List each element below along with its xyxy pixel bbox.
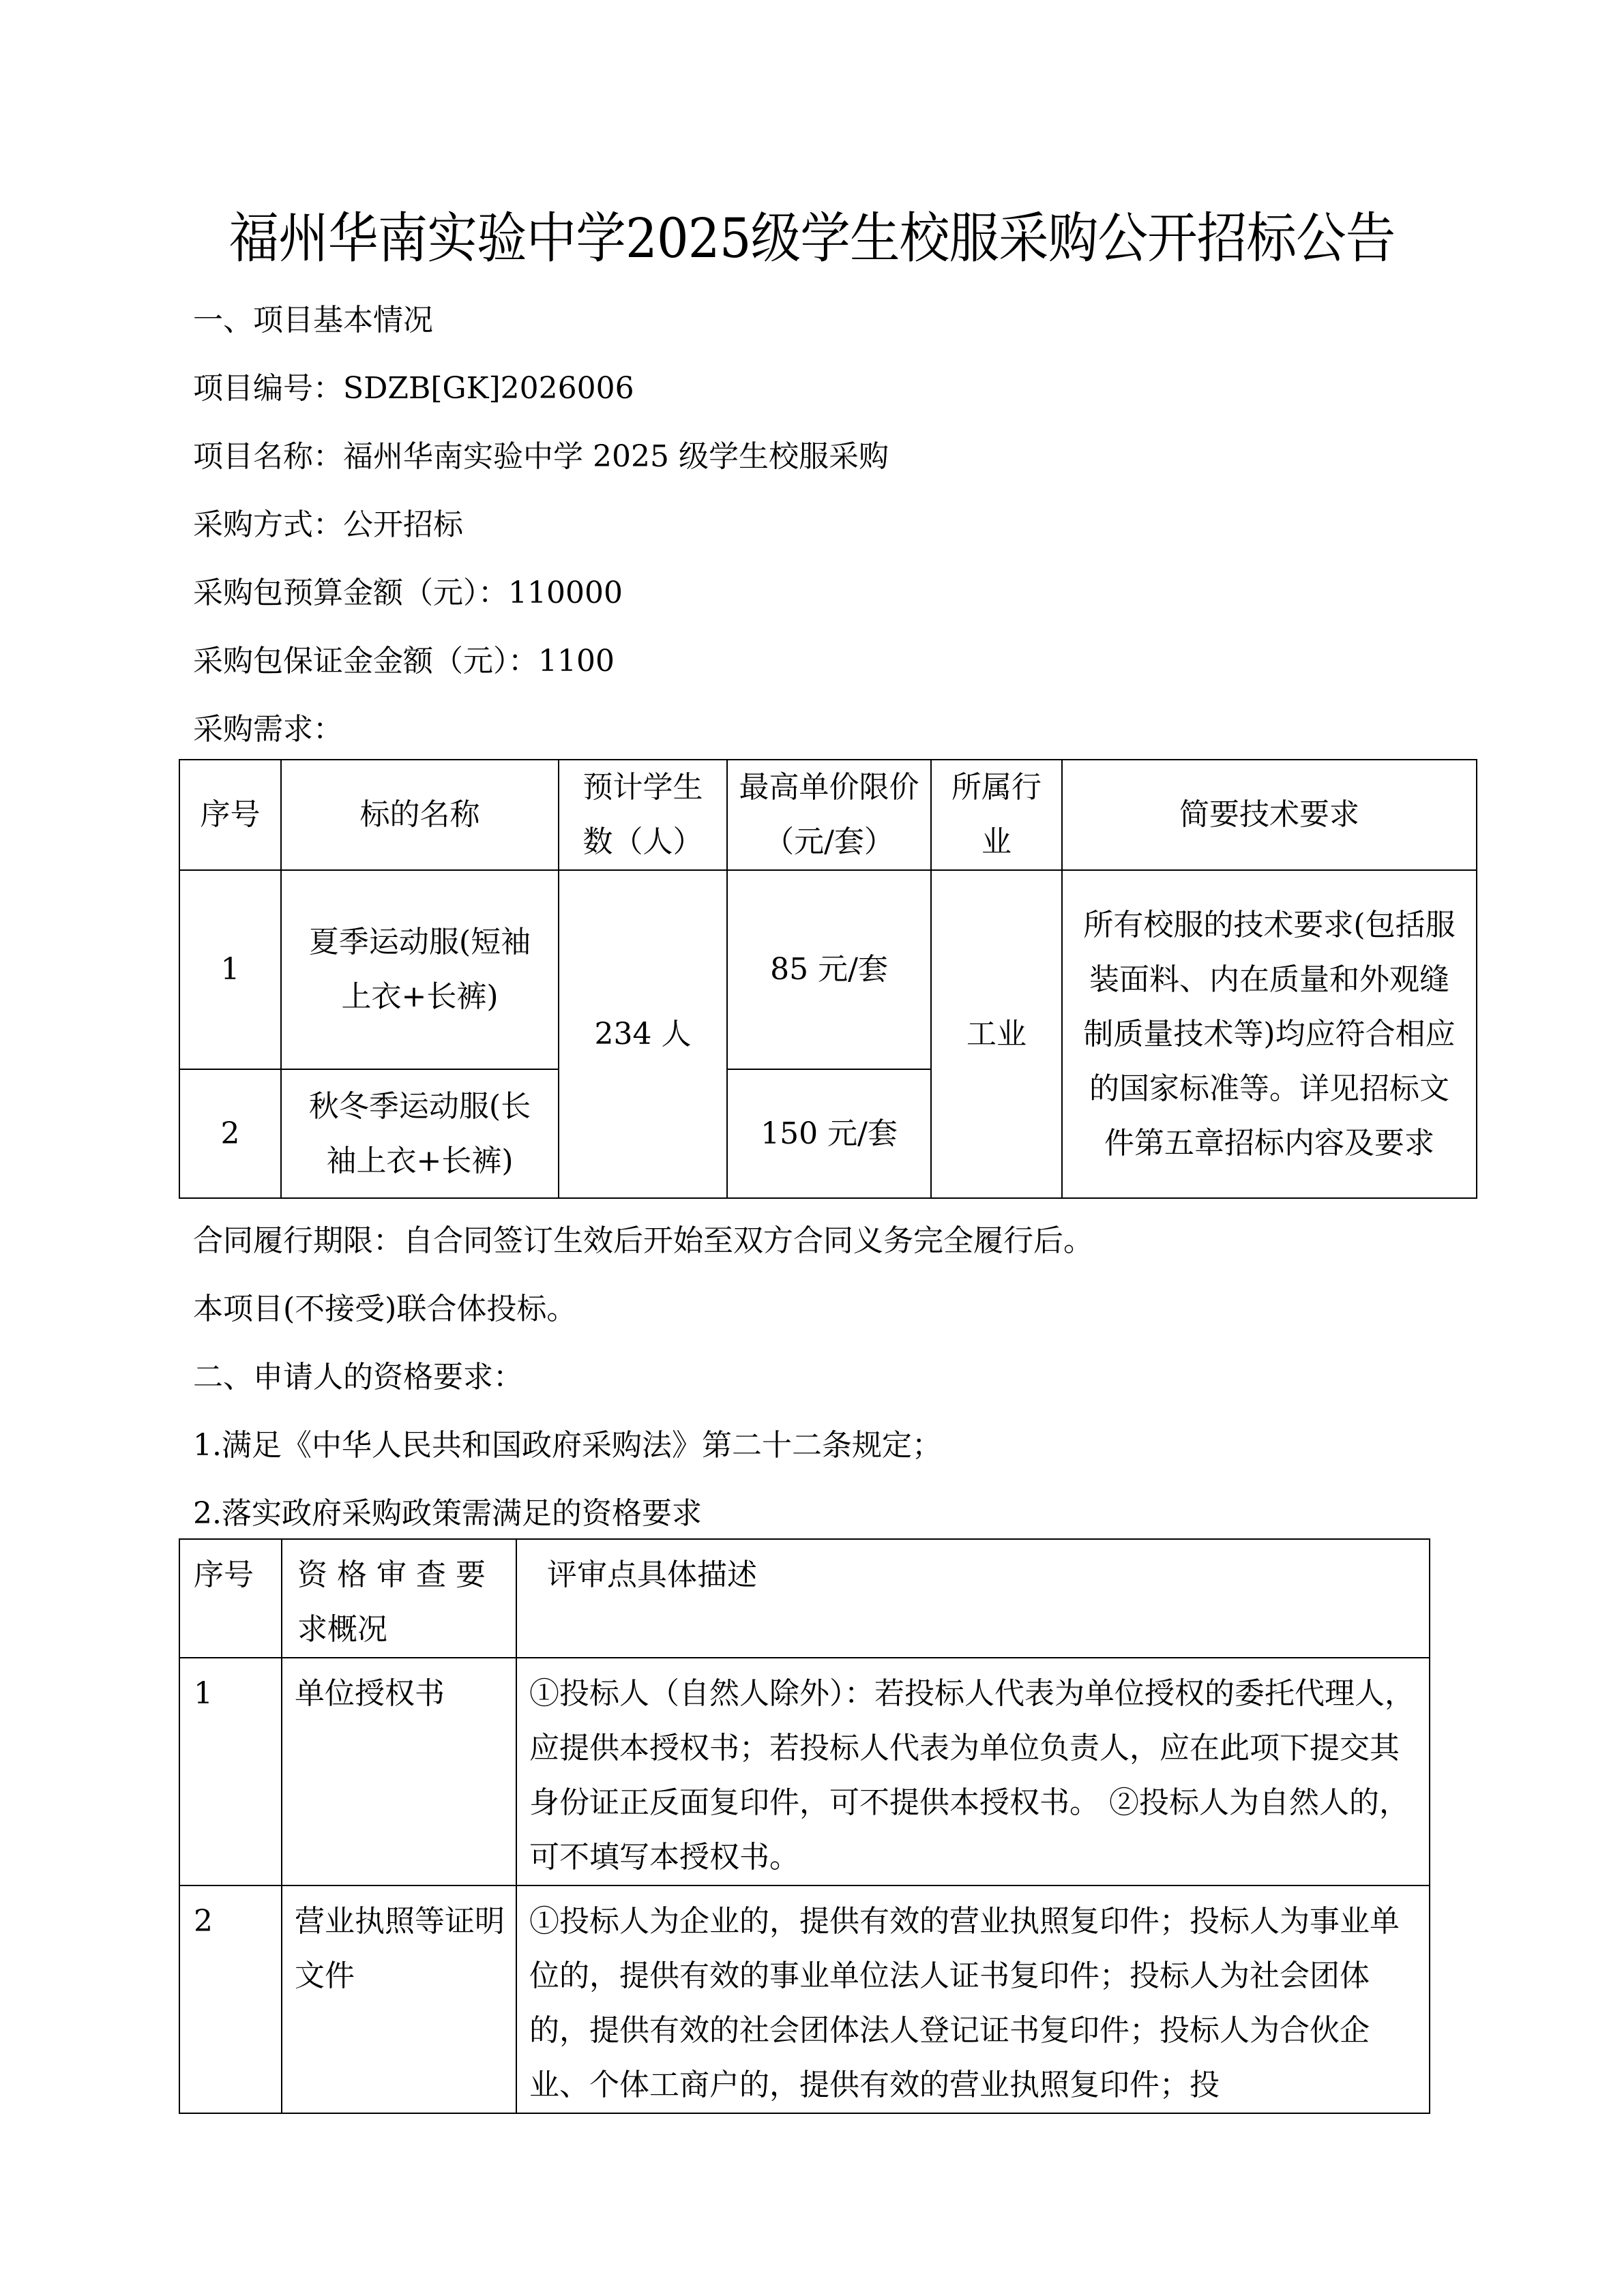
header-cell: 所属行业 <box>931 760 1062 870</box>
row-number: 2 <box>179 1069 281 1198</box>
section2-heading: 二、申请人的资格要求： <box>193 1357 523 1398</box>
deposit-amount: 采购包保证金金额（元）：1100 <box>193 641 615 682</box>
procurement-needs-label: 采购需求： <box>193 709 343 750</box>
header-cell: 序号 <box>179 1539 282 1658</box>
contract-term: 合同履行期限：自合同签订生效后开始至双方合同义务完全履行后。 <box>193 1221 1093 1262</box>
max-price: 85 元/套 <box>727 870 931 1069</box>
table-row: 1 单位授权书 ①投标人（自然人除外）：若投标人代表为单位授权的委托代理人，应提… <box>179 1658 1430 1885</box>
qualification-item: 营业执照等证明文件 <box>282 1885 516 2113</box>
item-name: 秋冬季运动服(长袖上衣+长裤) <box>281 1069 559 1198</box>
qualification-description: ①投标人（自然人除外）：若投标人代表为单位授权的委托代理人，应提供本授权书；若投… <box>516 1658 1430 1885</box>
requirement-2: 2.落实政府采购政策需满足的资格要求 <box>193 1493 702 1534</box>
requirement-1: 1.满足《中华人民共和国政府采购法》第二十二条规定； <box>193 1425 942 1466</box>
document-title: 福州华南实验中学2025级学生校服采购公开招标公告 <box>65 201 1559 276</box>
table-row: 2 营业执照等证明文件 ①投标人为企业的，提供有效的营业执照复印件；投标人为事业… <box>179 1885 1430 2113</box>
header-cell: 简要技术要求 <box>1062 760 1477 870</box>
max-price: 150 元/套 <box>727 1069 931 1198</box>
header-cell: 预计学生数（人） <box>559 760 727 870</box>
section1-heading: 一、项目基本情况 <box>193 300 433 341</box>
row-number: 1 <box>179 870 281 1069</box>
item-name: 夏季运动服(短袖上衣+长裤) <box>281 870 559 1069</box>
row-number: 2 <box>179 1885 282 2113</box>
row-number: 1 <box>179 1658 282 1885</box>
procurement-method: 采购方式：公开招标 <box>193 505 463 546</box>
budget-amount: 采购包预算金额（元）：110000 <box>193 573 623 614</box>
header-cell: 序号 <box>179 760 281 870</box>
header-cell: 资 格 审 查 要求概况 <box>282 1539 516 1658</box>
student-count: 234 人 <box>559 870 727 1198</box>
qualification-description: ①投标人为企业的，提供有效的营业执照复印件；投标人为事业单位的，提供有效的事业单… <box>516 1885 1430 2113</box>
tech-requirements: 所有校服的技术要求(包括服装面料、内在质量和外观缝制质量技术等)均应符合相应的国… <box>1062 870 1477 1198</box>
header-cell: 评审点具体描述 <box>516 1539 1430 1658</box>
project-number: 项目编号：SDZB[GK]2026006 <box>193 368 634 409</box>
industry: 工业 <box>931 870 1062 1198</box>
table-header-row: 序号 资 格 审 查 要求概况 评审点具体描述 <box>179 1539 1430 1658</box>
consortium-note: 本项目(不接受)联合体投标。 <box>193 1289 576 1330</box>
project-name: 项目名称：福州华南实验中学 2025 级学生校服采购 <box>193 436 889 477</box>
header-cell: 标的名称 <box>281 760 559 870</box>
table-header-row: 序号 标的名称 预计学生数（人） 最高单价限价（元/套） 所属行业 简要技术要求 <box>179 760 1477 870</box>
header-cell: 最高单价限价（元/套） <box>727 760 931 870</box>
qualification-table: 序号 资 格 审 查 要求概况 评审点具体描述 1 单位授权书 ①投标人（自然人… <box>179 1538 1430 2114</box>
qualification-item: 单位授权书 <box>282 1658 516 1885</box>
table-row: 1 夏季运动服(短袖上衣+长裤) 234 人 85 元/套 工业 所有校服的技术… <box>179 870 1477 1069</box>
procurement-needs-table: 序号 标的名称 预计学生数（人） 最高单价限价（元/套） 所属行业 简要技术要求… <box>179 759 1477 1199</box>
